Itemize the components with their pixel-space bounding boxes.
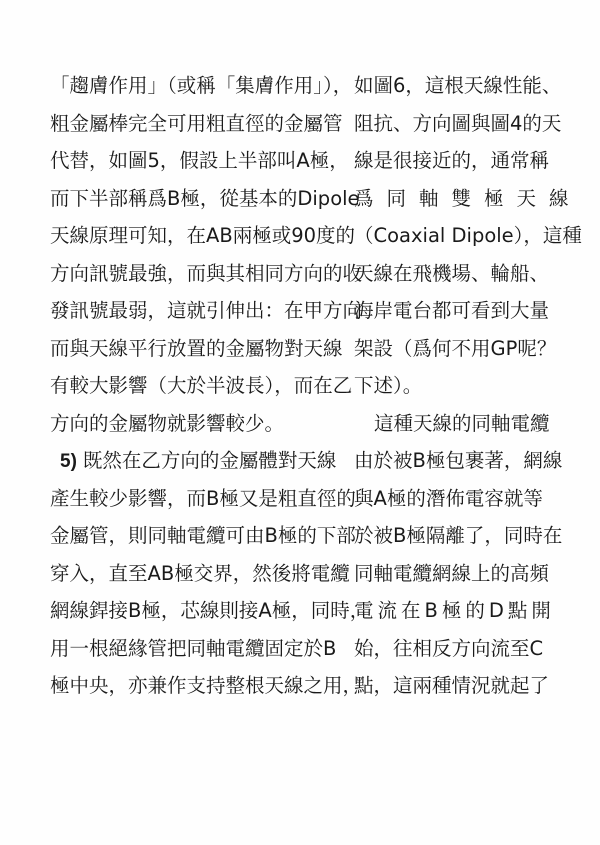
- text-line: 粗金屬棒完全可用粗直徑的金屬管: [50, 108, 332, 146]
- text-line: 發訊號最弱，這就引伸出：在甲方向: [50, 295, 332, 333]
- text-span: 既然在乙方向的金屬體對天線: [83, 449, 337, 472]
- text-line: 代替，如圖5，假設上半部叫A極，: [50, 145, 332, 183]
- text-line: 用一根絕緣管把同軸電纜固定於B: [50, 633, 332, 671]
- left-text-column: 「趨膚作用」（或稱「集膚作用」）， 粗金屬棒完全可用粗直徑的金屬管 代替，如圖5…: [50, 70, 332, 708]
- text-line: 始，往相反方向流至C: [354, 633, 546, 671]
- text-line: 如圖6，這根天線性能、: [354, 70, 546, 108]
- right-text-column: 如圖6，這根天線性能、 阻抗、方向圖與圖4的天 線是很接近的，通常稱 爲同軸雙極…: [354, 70, 546, 708]
- section-heading-line: 5)既然在乙方向的金屬體對天線: [50, 445, 332, 483]
- text-line: 下述）。: [354, 370, 546, 408]
- text-line: 阻抗、方向圖與圖4的天: [354, 108, 546, 146]
- paragraph-start-line: 這種天線的同軸電纜: [354, 408, 546, 446]
- document-page: 「趨膚作用」（或稱「集膚作用」）， 粗金屬棒完全可用粗直徑的金屬管 代替，如圖5…: [0, 0, 600, 845]
- text-line: 海岸電台都可看到大量: [354, 295, 546, 333]
- text-line: 線是很接近的，通常稱: [354, 145, 546, 183]
- text-line: 產生較少影響，而B極又是粗直徑的: [50, 483, 332, 521]
- section-number: 5): [60, 451, 77, 472]
- text-line: 同軸電纜網線上的高頻: [354, 558, 546, 596]
- text-line: 極中央，亦兼作支持整根天線之用，: [50, 670, 332, 708]
- text-line: 有較大影響（大於半波長），而在乙: [50, 370, 332, 408]
- text-line-spaced: 電流在B極的D點開: [354, 595, 546, 633]
- text-line: 穿入，直至AB極交界，然後將電纜: [50, 558, 332, 596]
- text-line: （Coaxial Dipole），這種: [354, 220, 546, 258]
- text-line: 方向的金屬物就影響較少。: [50, 408, 332, 446]
- text-line: 「趨膚作用」（或稱「集膚作用」），: [50, 70, 332, 108]
- text-line: 點，這兩種情況就起了: [354, 670, 546, 708]
- text-line: 天線原理可知，在AB兩極或90度的: [50, 220, 332, 258]
- text-line: 而與天線平行放置的金屬物對天線: [50, 333, 332, 371]
- text-line: 與A極的潛佈電容就等: [354, 483, 546, 521]
- text-line: 於被B極隔離了，同時在: [354, 520, 546, 558]
- text-line: 金屬管，則同軸電纜可由B極的下部: [50, 520, 332, 558]
- text-line-spaced: 爲同軸雙極天線: [354, 183, 546, 221]
- text-line: 而下半部稱爲B極，從基本的Dipole: [50, 183, 332, 221]
- text-line: 由於被B極包裹著，網線: [354, 445, 546, 483]
- text-line: 網線銲接B極，芯線則接A極，同時，: [50, 595, 332, 633]
- text-line: 方向訊號最強，而與其相同方向的收: [50, 258, 332, 296]
- text-line: 天線在飛機場、輪船、: [354, 258, 546, 296]
- text-line: 架設（爲何不用GP呢？: [354, 333, 546, 371]
